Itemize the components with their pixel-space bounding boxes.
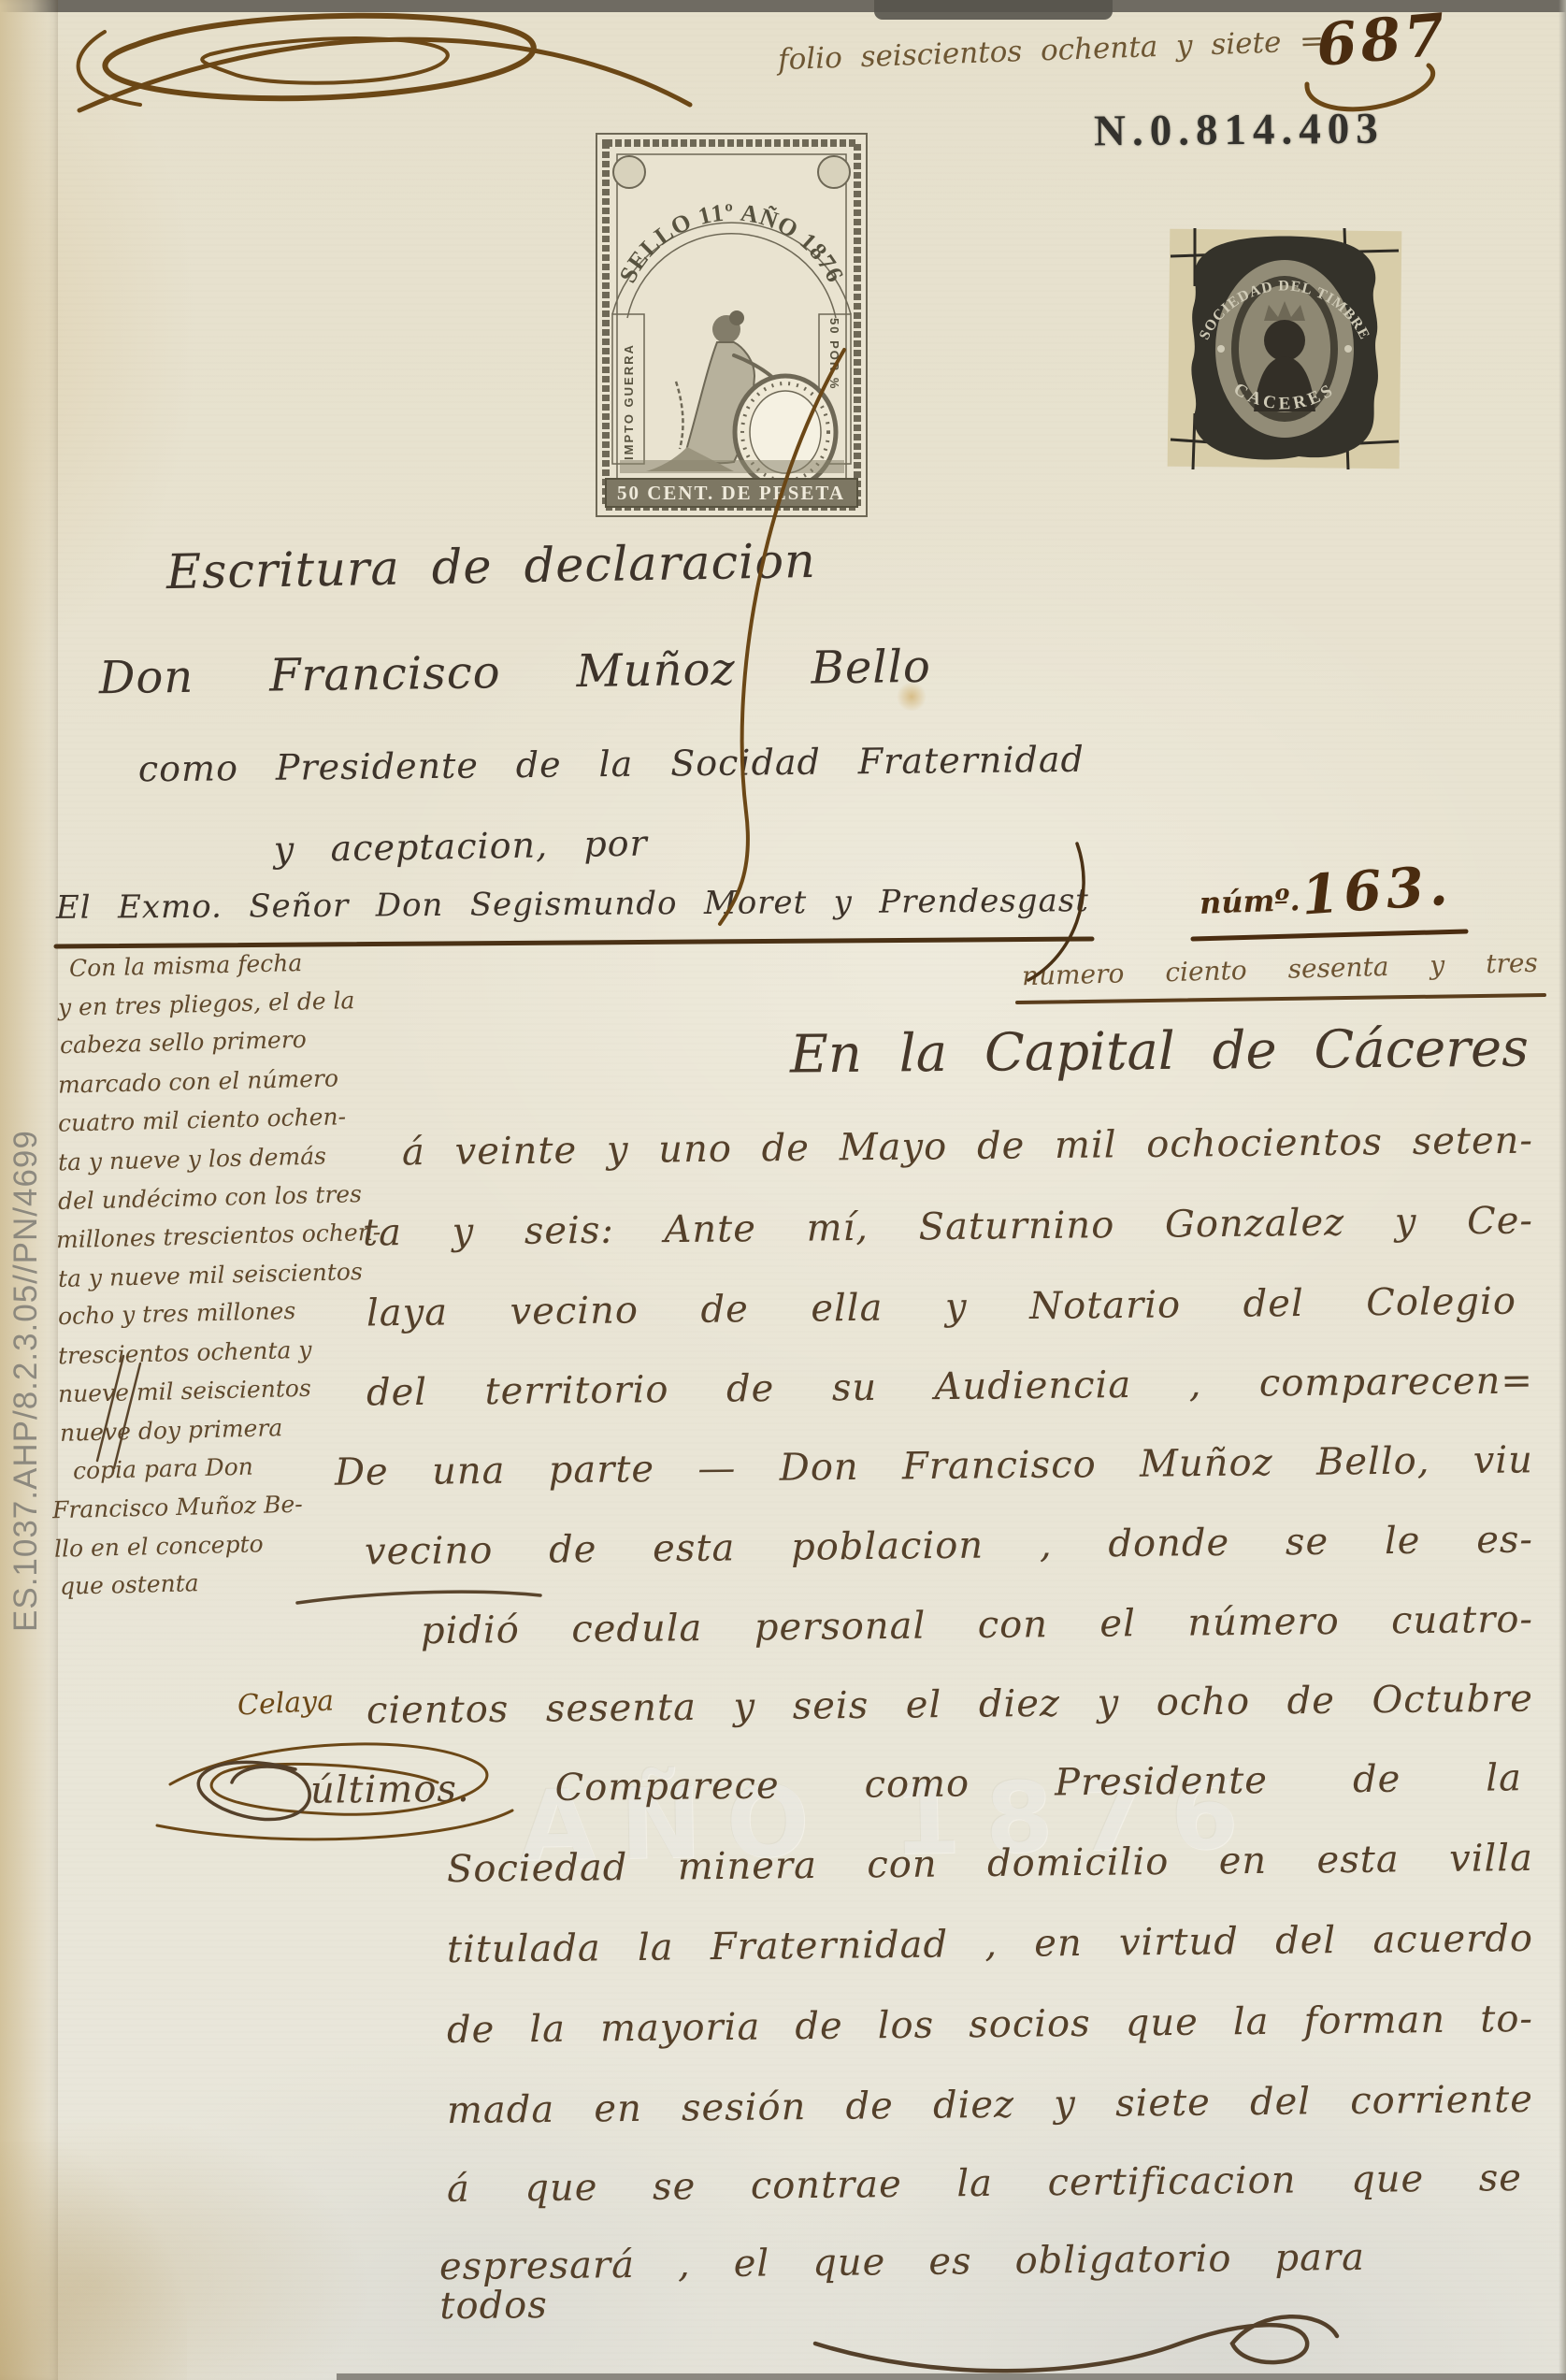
document-number: N.0.814.403 [1094,104,1385,157]
body-line: vecino de esta poblacion , donde se le e… [365,1520,1533,1580]
margin-note-line: nueve mil seiscientos [58,1377,311,1407]
margin-note-line: ta y nueve mil seiscientos [58,1260,363,1291]
timbre-stamp: SOCIEDAD DEL TIMBRE CACERES [1167,226,1402,471]
folio-number: 687 [1314,4,1451,76]
margin-signature: Celaya [237,1686,335,1721]
margin-note-line: marcado con el número [58,1066,339,1098]
body-line: De una parte — Don Francisco Muñoz Bello… [335,1440,1533,1501]
margin-note-line: ta y nueve y los demás [58,1144,327,1175]
margin-slash-marks [97,1356,140,1468]
rubric-flourish-sweep [79,39,690,110]
fiscal-stamp-value-text: 50 CENT. DE PESETA [617,482,845,504]
body-line: últimos. Comparece como Presidente de la [310,1758,1522,1820]
body-line: mada en sesión de diez y siete del corri… [447,2080,1533,2140]
body-line: espresará , el que es obligatorio para t… [439,2238,1365,2296]
body-line: Sociedad minera con domicilio en esta vi… [447,1839,1533,1898]
scan-edge-bottom [337,2373,1566,2380]
folio-caption: folio seiscientos ochenta y siete = [778,26,1325,76]
fiscal-stamp-left-text: IMPTO GUERRA [622,343,636,460]
protocol-number-underline [1193,931,1466,939]
fiscal-stamp: SELLO 11º AÑO 1876 IMPTO GUERRA 50 POR %… [594,131,869,519]
title-line-4: y aceptacion, por [273,826,648,892]
body-line: ta y seis: Ante mí, Saturnino Gonzalez y… [363,1201,1533,1262]
margin-note-line: que ostenta [60,1571,199,1599]
margin-note-line: cabeza sello primero [60,1028,307,1059]
margin-note-dash [297,1592,540,1603]
margin-note-line: Con la misma fecha [69,951,303,981]
body-line: titulada la Fraternidad , en virtud del … [447,1919,1533,1979]
archive-reference-label: ES.1037.AHP/8.2.3.05//PN/4699 [7,1130,45,1632]
margin-note-line: cuatro mil ciento ochen- [58,1104,347,1136]
margin-note-line: copia para Don [73,1455,253,1484]
margin-note-line: trescientos ochenta y [58,1338,312,1369]
body-line: á que se contrae la certificacion que se [447,2158,1522,2218]
body-line: á veinte y uno de Mayo de mil ochociento… [402,1121,1533,1182]
stain-corner [0,2142,187,2380]
timbre-left-ornament [1217,345,1225,353]
rubric-flourish [105,16,533,98]
timbre-right-ornament [1344,345,1352,353]
margin-note-line: y en tres pliegos, el de la [58,988,355,1020]
body-heading: En la Capital de Cáceres [790,1022,1530,1100]
title-line-3: como Presidente de la Socidad Fraternida… [138,742,1085,812]
rubric-flourish-inner [202,38,448,83]
paragraph-spiral-flourish [198,1762,309,1819]
margin-note-line: ocho y tres millones [58,1299,296,1329]
fiscal-stamp-right-text: 50 POR % [827,318,841,390]
margin-note-line: llo en el concepto [54,1532,264,1562]
protocol-number: 163. [1300,857,1454,924]
manuscript-page: AÑO 1876 ES.1037.AHP/8.2.3.05//PN/4699 f… [0,0,1566,2380]
bottom-swash-flourish [815,2316,1337,2371]
body-line: del territorio de su Audiencia , compare… [366,1361,1533,1421]
scan-edge-right [1559,0,1566,2380]
title-line-2: Don Francisco Muñoz Bello [99,643,932,714]
fiscal-stamp-lion-medallion [818,156,850,188]
figure-hair [729,310,744,325]
margin-note-line: nueve doy primera [60,1416,283,1446]
fiscal-stamp-shield-medallion [613,156,645,188]
margin-note-line: Francisco Muñoz Be- [52,1493,303,1523]
margin-note-line: del undécimo con los tres [58,1182,363,1214]
body-line: laya vecino de ella y Notario del Colegi… [366,1282,1516,1343]
rubric-flourish-tail [79,32,140,105]
margin-note-line: millones trescientos ochen- [56,1220,381,1253]
body-line: de la mayoria de los socios que la forma… [447,1999,1533,2059]
title-line-5: El Exmo. Señor Don Segismundo Moret y Pr… [56,885,1089,952]
body-line: cientos sesenta y seis el diez y ocho de… [366,1679,1533,1739]
body-line: pidió cedula personal con el número cuat… [421,1600,1533,1660]
figure-ground [620,460,844,473]
protocol-number-label: númº. [1199,885,1300,919]
title-line-1: Escritura de declaracion [165,537,816,608]
scan-edge-top-notch [874,0,1113,20]
protocol-number-words: número ciento sesenta y tres [1022,949,1539,1000]
portrait-head [1264,320,1305,361]
